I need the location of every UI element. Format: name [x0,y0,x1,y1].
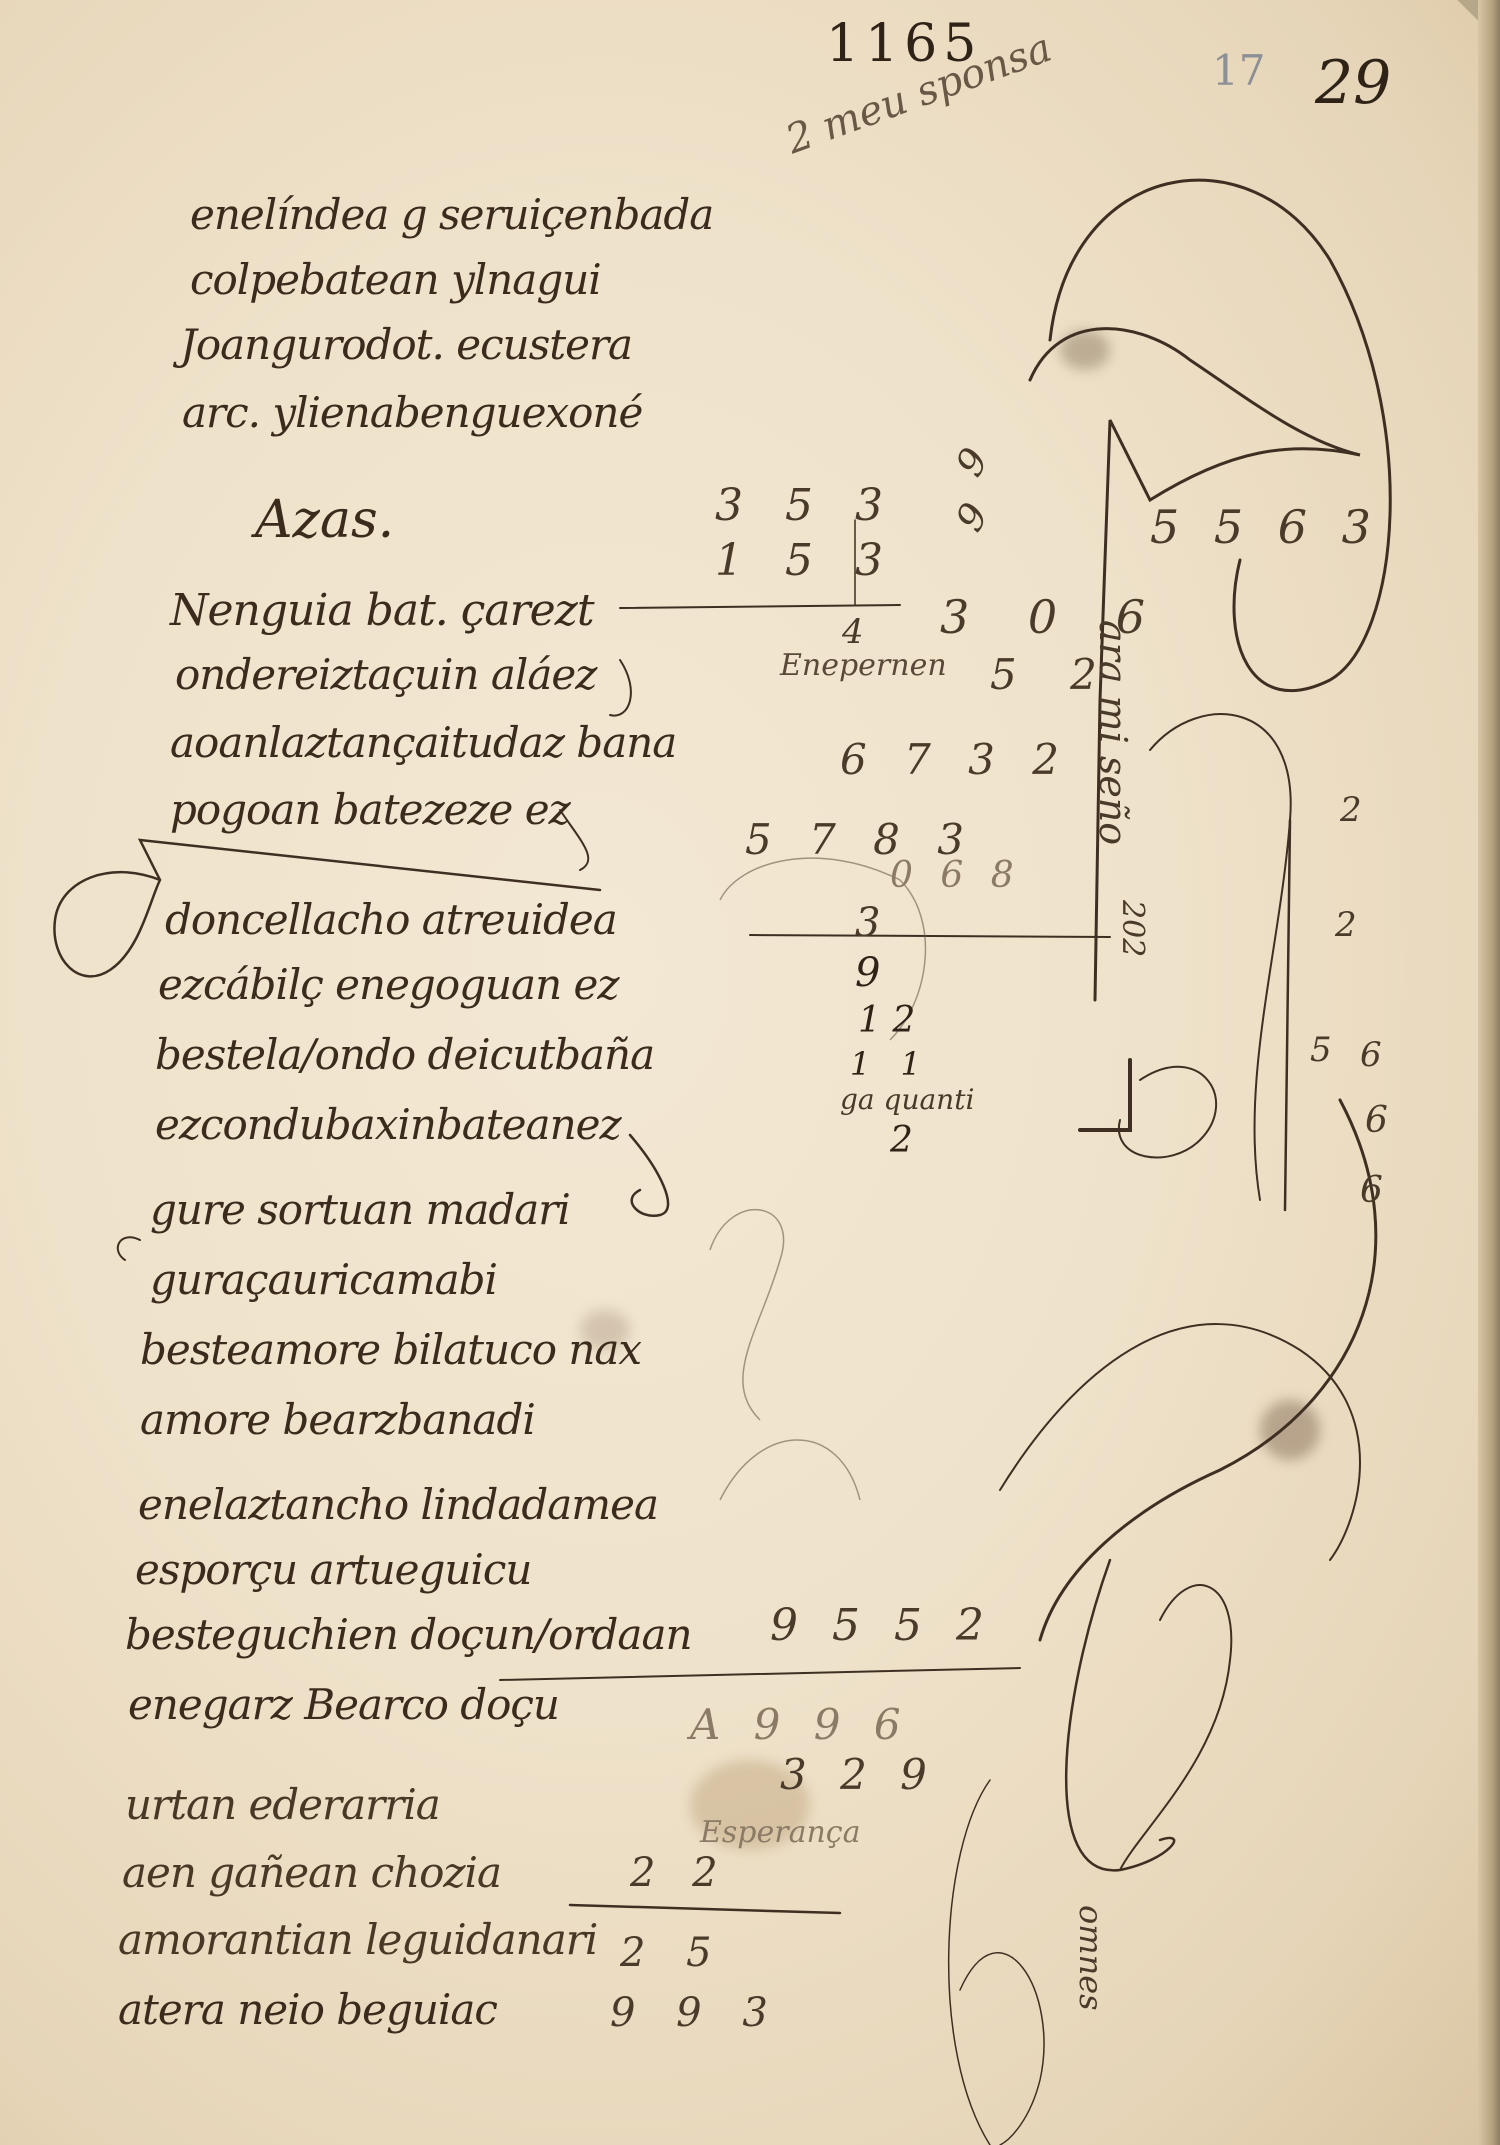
verse-line: amorantian leguidanari [118,1915,597,1964]
quant-digit: 2 [890,1120,913,1161]
verse-line: amore bearzbanadi [140,1395,535,1444]
section-heading: Azas. [255,490,394,550]
calc-row: 9 [855,950,880,996]
calc-row: 3 5 3 [715,480,897,531]
manuscript-page: 1165 17 29 2 meu sponsa enelíndea g seru… [0,0,1500,2145]
verse-line: besteguchien doçun/ordaan [125,1610,692,1659]
verse-line: bestela/ondo deicutbaña [155,1030,654,1079]
verse-line: gure sortuan madari [150,1185,570,1234]
lower-calc-left: 2 2 [630,1850,730,1896]
folio-number: 29 [1315,48,1391,118]
verse-line: aen gañean chozia [122,1848,501,1897]
verse-line: pogoan batezeze ez [170,785,570,834]
verse-line: arc. ylienabenguexoné [182,388,642,437]
right-edge-digit: 2 [1335,905,1357,945]
verse-line: ondereiztaçuin aláez [175,650,596,699]
calc-result: 4 [842,612,864,652]
verse-line: enelaztancho lindadamea [138,1480,658,1529]
verse-line: atera neio beguiac [118,1985,497,2034]
lower-calc-mid: 3 2 9 [780,1750,937,1799]
circle-numbers: 5 5 6 3 [1150,500,1381,554]
verse-line: enelíndea g seruiçenbada [190,190,713,239]
calc-row: 0 6 8 [890,855,1022,896]
vertical-note: ara mi seño [1091,620,1135,845]
ink-stain [1260,1400,1320,1460]
inset-word: Enepernen [780,648,947,683]
lower-calc-left: 9 9 3 [610,1990,782,2036]
lower-calc-mid: A 9 9 6 [690,1700,911,1749]
verse-line: Joangurodot. ecustera [180,320,632,369]
right-edge-digit: 2 [1340,790,1362,830]
right-edge-digit: 5 [1310,1030,1332,1070]
verse-line: guraçauricamabi [150,1255,497,1304]
calc-row: 1 1 [850,1045,931,1083]
verse-line: enegarz Bearco doçu [128,1680,559,1729]
lower-calc-word: Esperança [700,1815,861,1850]
calc-row: 1 2 [858,1000,915,1041]
verse-line: colpebatean ylnagui [190,255,601,304]
vertical-note-digits: 202 [1115,900,1150,957]
ink-stain [1060,330,1110,370]
calc-row: 1 5 3 [715,535,897,586]
verse-line: doncellacho atreuidea [165,895,617,944]
calc-digit: 9 [947,441,997,484]
verse-line: ezcondubaxinbateanez [155,1100,621,1149]
verse-line: urtan ederarria [125,1780,440,1829]
pencil-number: 17 [1212,46,1265,95]
vertical-note: omnes [1072,1905,1110,2011]
right-edge-digit: 6 [1365,1100,1388,1141]
lower-calc-left: 2 5 [620,1930,726,1976]
quant-note: ga quanti [840,1083,974,1116]
verse-line: besteamore bilatuco nax [140,1325,641,1374]
verse-line: aoanlaztançaitudaz bana [170,718,676,767]
page-corner-wear [1440,0,1500,60]
right-edge-digit: 6 [1360,1170,1383,1211]
lower-calc-top: 9 5 5 2 [770,1600,994,1651]
calc-row: 6 7 3 2 [840,735,1071,784]
verse-line: ezcábilç enegoguan ez [158,960,618,1009]
verse-line: esporçu artueguicu [135,1545,531,1594]
calc-row: 3 [855,900,880,946]
right-edge-digit: 6 [1360,1035,1382,1075]
verse-line: Nenguia bat. çarezt [170,585,594,636]
calc-digit: 9 [947,496,997,539]
